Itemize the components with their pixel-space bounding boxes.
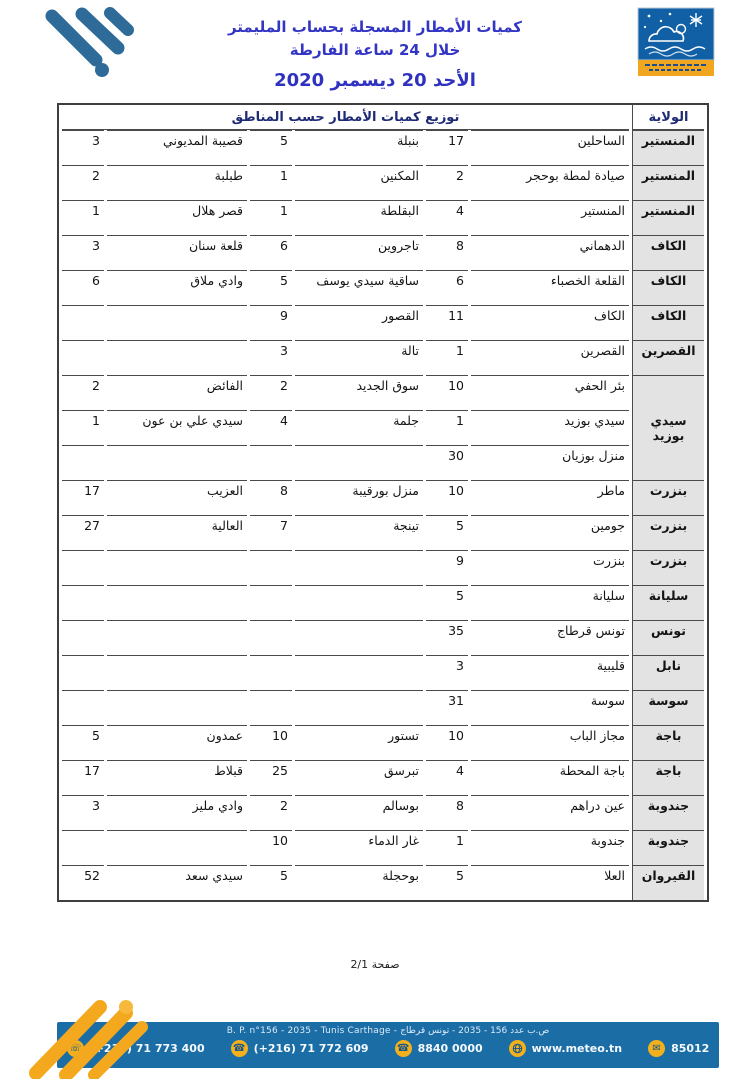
footer-contact-text: (+216) 71 772 609 <box>254 1042 369 1055</box>
rain-value-cell: 3 <box>62 795 104 830</box>
rain-value-cell: 1 <box>426 830 468 865</box>
station-name-cell: عمدون <box>107 725 247 760</box>
wilaya-cell: بنزرت <box>632 550 704 585</box>
wilaya-cell: الكاف <box>632 235 704 270</box>
station-name-cell: الكاف <box>471 305 629 340</box>
rain-value-cell: 1 <box>62 200 104 235</box>
footer-contact-text: 8840 0000 <box>418 1042 483 1055</box>
wilaya-column-header: الولاية <box>632 105 704 130</box>
rain-value-cell: 5 <box>250 270 292 305</box>
table-row: المنستيرالمنستير4البقلطة1قصر هلال1 <box>62 200 704 235</box>
report-page: { "header": { "title_line1": "كميات الأم… <box>0 0 750 1090</box>
rain-value-cell: 9 <box>426 550 468 585</box>
station-name-cell: صيادة لمطة بوحجر <box>471 165 629 200</box>
footer-contact-item: ☎8840 0000 <box>395 1040 483 1057</box>
left-brand-logo <box>40 6 168 82</box>
table-row: منزل بوزيان30 <box>62 445 704 480</box>
footer-contact-text: www.meteo.tn <box>532 1042 622 1055</box>
table-row: سيدي بوزيد1جلمة4سيدي علي بن عون1 <box>62 410 704 445</box>
wilaya-cell: القيروان <box>632 865 704 900</box>
rain-value-cell <box>62 340 104 375</box>
table-row: باجةباجة المحطة4تبرسق25قبلاط17 <box>62 760 704 795</box>
rain-value-cell <box>250 620 292 655</box>
station-name-cell <box>107 340 247 375</box>
table-row: سوسةسوسة31 <box>62 690 704 725</box>
rain-value-cell <box>62 445 104 480</box>
station-name-cell: تبرسق <box>295 760 423 795</box>
station-name-cell: سليانة <box>471 585 629 620</box>
wilaya-cell: باجة <box>632 725 704 760</box>
footer-contact-item: www.meteo.tn <box>509 1040 622 1057</box>
rain-value-cell: 1 <box>250 200 292 235</box>
station-name-cell: قصر هلال <box>107 200 247 235</box>
report-date: الأحد 20 ديسمبر 2020 <box>150 70 600 91</box>
station-name-cell: تينجة <box>295 515 423 550</box>
rain-value-cell <box>62 830 104 865</box>
station-name-cell: قبلاط <box>107 760 247 795</box>
station-name-cell <box>107 550 247 585</box>
table-row: جندوبةعين دراهم8بوسالم2وادي مليز3 <box>62 795 704 830</box>
station-name-cell <box>107 305 247 340</box>
orange-stripes-icon <box>26 997 178 1079</box>
station-name-cell: سيدي بوزيد <box>471 410 629 445</box>
station-name-cell: طبلبة <box>107 165 247 200</box>
rain-value-cell: 31 <box>426 690 468 725</box>
rain-value-cell: 17 <box>426 130 468 165</box>
rain-value-cell: 6 <box>62 270 104 305</box>
rainfall-table-container: الولاية توزيع كميات الأمطار حسب المناطق … <box>57 103 709 902</box>
station-name-cell: سيدي سعد <box>107 865 247 900</box>
station-name-cell <box>295 445 423 480</box>
weather-emblem-icon <box>637 7 715 77</box>
station-name-cell <box>295 690 423 725</box>
station-name-cell <box>107 585 247 620</box>
station-name-cell: قليبية <box>471 655 629 690</box>
rain-value-cell: 9 <box>250 305 292 340</box>
rain-value-cell: 5 <box>250 130 292 165</box>
wilaya-cell: الكاف <box>632 305 704 340</box>
table-row: القيروانالعلا5بوحجلة5سيدي سعد52 <box>62 865 704 900</box>
rain-value-cell: 5 <box>426 515 468 550</box>
station-name-cell: المكنين <box>295 165 423 200</box>
table-row: تونستونس قرطاج35 <box>62 620 704 655</box>
rain-value-cell <box>250 655 292 690</box>
wilaya-cell: سوسة <box>632 690 704 725</box>
station-name-cell: قلعة سنان <box>107 235 247 270</box>
wilaya-cell: سليانة <box>632 585 704 620</box>
rain-value-cell: 5 <box>62 725 104 760</box>
station-name-cell: تالة <box>295 340 423 375</box>
station-name-cell: ساقية سيدي يوسف <box>295 270 423 305</box>
station-name-cell: القلعة الخصباء <box>471 270 629 305</box>
rain-value-cell: 2 <box>250 375 292 410</box>
rain-value-cell <box>62 690 104 725</box>
station-name-cell: عين دراهم <box>471 795 629 830</box>
rain-value-cell: 6 <box>250 235 292 270</box>
wilaya-cell: المنستير <box>632 200 704 235</box>
table-row: سيدي بوزيدبئر الحفي10سوق الجديد2الفائض2 <box>62 375 704 410</box>
station-name-cell <box>107 830 247 865</box>
station-name-cell: تاجروين <box>295 235 423 270</box>
wilaya-cell: المنستير <box>632 165 704 200</box>
sms-icon: ✉ <box>648 1040 665 1057</box>
rain-value-cell: 4 <box>426 760 468 795</box>
rain-value-cell <box>250 550 292 585</box>
table-row: الكافالقلعة الخصباء6ساقية سيدي يوسف5وادي… <box>62 270 704 305</box>
page-number: صفحة 2/1 <box>0 958 750 971</box>
rain-value-cell: 1 <box>62 410 104 445</box>
rain-value-cell <box>62 620 104 655</box>
rainfall-table: الولاية توزيع كميات الأمطار حسب المناطق … <box>57 103 709 902</box>
station-name-cell: القصور <box>295 305 423 340</box>
table-row: نابلقليبية3 <box>62 655 704 690</box>
station-name-cell: المنستير <box>471 200 629 235</box>
station-name-cell: سوسة <box>471 690 629 725</box>
inm-logo <box>637 7 715 77</box>
footer-contact-text: 85012 <box>671 1042 709 1055</box>
station-name-cell: الدهماني <box>471 235 629 270</box>
station-name-cell: القصرين <box>471 340 629 375</box>
table-row: باجةمجاز الباب10تستور10عمدون5 <box>62 725 704 760</box>
rain-value-cell: 4 <box>426 200 468 235</box>
station-name-cell: جومين <box>471 515 629 550</box>
rain-value-cell: 5 <box>426 865 468 900</box>
distribution-header: توزيع كميات الأمطار حسب المناطق <box>62 105 629 130</box>
rain-value-cell: 2 <box>62 165 104 200</box>
rain-value-cell <box>250 585 292 620</box>
station-name-cell: منزل بورقيبة <box>295 480 423 515</box>
rain-value-cell: 10 <box>426 725 468 760</box>
wilaya-cell: جندوبة <box>632 795 704 830</box>
station-name-cell <box>295 585 423 620</box>
rain-value-cell <box>62 550 104 585</box>
station-name-cell: منزل بوزيان <box>471 445 629 480</box>
rain-value-cell: 3 <box>250 340 292 375</box>
rain-value-cell: 2 <box>426 165 468 200</box>
rain-value-cell: 35 <box>426 620 468 655</box>
station-name-cell <box>295 620 423 655</box>
table-row: بنزرتماطر10منزل بورقيبة8العزيب17 <box>62 480 704 515</box>
station-name-cell: وادي مليز <box>107 795 247 830</box>
phone-icon: ☎ <box>231 1040 248 1057</box>
rain-value-cell: 1 <box>426 410 468 445</box>
rain-value-cell <box>62 585 104 620</box>
rain-value-cell: 4 <box>250 410 292 445</box>
table-row: بنزرتبنزرت9 <box>62 550 704 585</box>
rain-value-cell: 3 <box>426 655 468 690</box>
station-name-cell: الفائض <box>107 375 247 410</box>
wilaya-cell: جندوبة <box>632 830 704 865</box>
rain-value-cell: 7 <box>250 515 292 550</box>
station-name-cell: العلا <box>471 865 629 900</box>
wilaya-cell: نابل <box>632 655 704 690</box>
rain-value-cell: 1 <box>426 340 468 375</box>
wilaya-cell: القصرين <box>632 340 704 375</box>
rain-value-cell: 8 <box>426 235 468 270</box>
rain-value-cell: 10 <box>250 725 292 760</box>
callcenter-icon: ☎ <box>395 1040 412 1057</box>
station-name-cell: غار الدماء <box>295 830 423 865</box>
rain-value-cell: 17 <box>62 760 104 795</box>
station-name-cell: ماطر <box>471 480 629 515</box>
rain-value-cell <box>62 305 104 340</box>
station-name-cell: باجة المحطة <box>471 760 629 795</box>
table-row: الكافالكاف11القصور9 <box>62 305 704 340</box>
table-row: القصرينالقصرين1تالة3 <box>62 340 704 375</box>
wilaya-cell: بنزرت <box>632 480 704 515</box>
station-name-cell <box>107 655 247 690</box>
rain-value-cell: 25 <box>250 760 292 795</box>
wilaya-cell: تونس <box>632 620 704 655</box>
station-name-cell: بوسالم <box>295 795 423 830</box>
footer-stripes-logo <box>26 997 178 1079</box>
station-name-cell: تستور <box>295 725 423 760</box>
rain-value-cell: 8 <box>250 480 292 515</box>
report-title-line2: خلال 24 ساعة الفارطة <box>150 39 600 62</box>
station-name-cell: مجاز الباب <box>471 725 629 760</box>
footer-contact-item: ✉85012 <box>648 1040 709 1057</box>
rain-table-body: المنستيرالساحلين17بنبلة5قصيبة المديوني3ا… <box>62 130 704 900</box>
station-name-cell: سوق الجديد <box>295 375 423 410</box>
station-name-cell: بنزرت <box>471 550 629 585</box>
rain-value-cell <box>250 690 292 725</box>
rain-value-cell: 11 <box>426 305 468 340</box>
station-name-cell <box>107 620 247 655</box>
rain-value-cell: 10 <box>426 480 468 515</box>
rain-value-cell: 3 <box>62 130 104 165</box>
table-header-row: الولاية توزيع كميات الأمطار حسب المناطق <box>62 105 704 130</box>
rain-value-cell: 8 <box>426 795 468 830</box>
table-row: الكافالدهماني8تاجروين6قلعة سنان3 <box>62 235 704 270</box>
table-row: سليانةسليانة5 <box>62 585 704 620</box>
station-name-cell: سيدي علي بن عون <box>107 410 247 445</box>
station-name-cell: بئر الحفي <box>471 375 629 410</box>
rain-value-cell: 30 <box>426 445 468 480</box>
rain-value-cell: 10 <box>426 375 468 410</box>
rain-value-cell: 1 <box>250 165 292 200</box>
table-row: جندوبةجندوبة1غار الدماء10 <box>62 830 704 865</box>
swoosh-strokes-icon <box>40 6 168 82</box>
rain-value-cell: 3 <box>62 235 104 270</box>
footer-contact-item: ☎(+216) 71 772 609 <box>231 1040 369 1057</box>
station-name-cell: الساحلين <box>471 130 629 165</box>
rain-value-cell <box>62 655 104 690</box>
globe-icon <box>509 1040 526 1057</box>
station-name-cell: جندوبة <box>471 830 629 865</box>
station-name-cell <box>295 655 423 690</box>
station-name-cell: جلمة <box>295 410 423 445</box>
rain-value-cell: 5 <box>426 585 468 620</box>
station-name-cell: قصيبة المديوني <box>107 130 247 165</box>
station-name-cell: وادي ملاق <box>107 270 247 305</box>
station-name-cell: بوحجلة <box>295 865 423 900</box>
station-name-cell <box>107 690 247 725</box>
station-name-cell <box>295 550 423 585</box>
rain-value-cell: 10 <box>250 830 292 865</box>
wilaya-cell: الكاف <box>632 270 704 305</box>
rain-value-cell: 6 <box>426 270 468 305</box>
rain-value-cell: 27 <box>62 515 104 550</box>
rain-value-cell <box>250 445 292 480</box>
station-name-cell: العالية <box>107 515 247 550</box>
rain-value-cell: 2 <box>250 795 292 830</box>
wilaya-cell: المنستير <box>632 130 704 165</box>
station-name-cell: العزيب <box>107 480 247 515</box>
wilaya-cell: باجة <box>632 760 704 795</box>
table-row: بنزرتجومين5تينجة7العالية27 <box>62 515 704 550</box>
table-row: المنستيرالساحلين17بنبلة5قصيبة المديوني3 <box>62 130 704 165</box>
station-name-cell <box>107 445 247 480</box>
station-name-cell: بنبلة <box>295 130 423 165</box>
rain-value-cell: 2 <box>62 375 104 410</box>
wilaya-cell: بنزرت <box>632 515 704 550</box>
report-titles: كميات الأمطار المسجلة بحساب المليمتر خلا… <box>150 16 600 91</box>
station-name-cell: البقلطة <box>295 200 423 235</box>
station-name-cell: تونس قرطاج <box>471 620 629 655</box>
wilaya-cell: سيدي بوزيد <box>632 375 704 480</box>
report-title-line1: كميات الأمطار المسجلة بحساب المليمتر <box>150 16 600 39</box>
rain-value-cell: 5 <box>250 865 292 900</box>
table-row: المنستيرصيادة لمطة بوحجر2المكنين1طبلبة2 <box>62 165 704 200</box>
rain-value-cell: 52 <box>62 865 104 900</box>
rain-value-cell: 17 <box>62 480 104 515</box>
